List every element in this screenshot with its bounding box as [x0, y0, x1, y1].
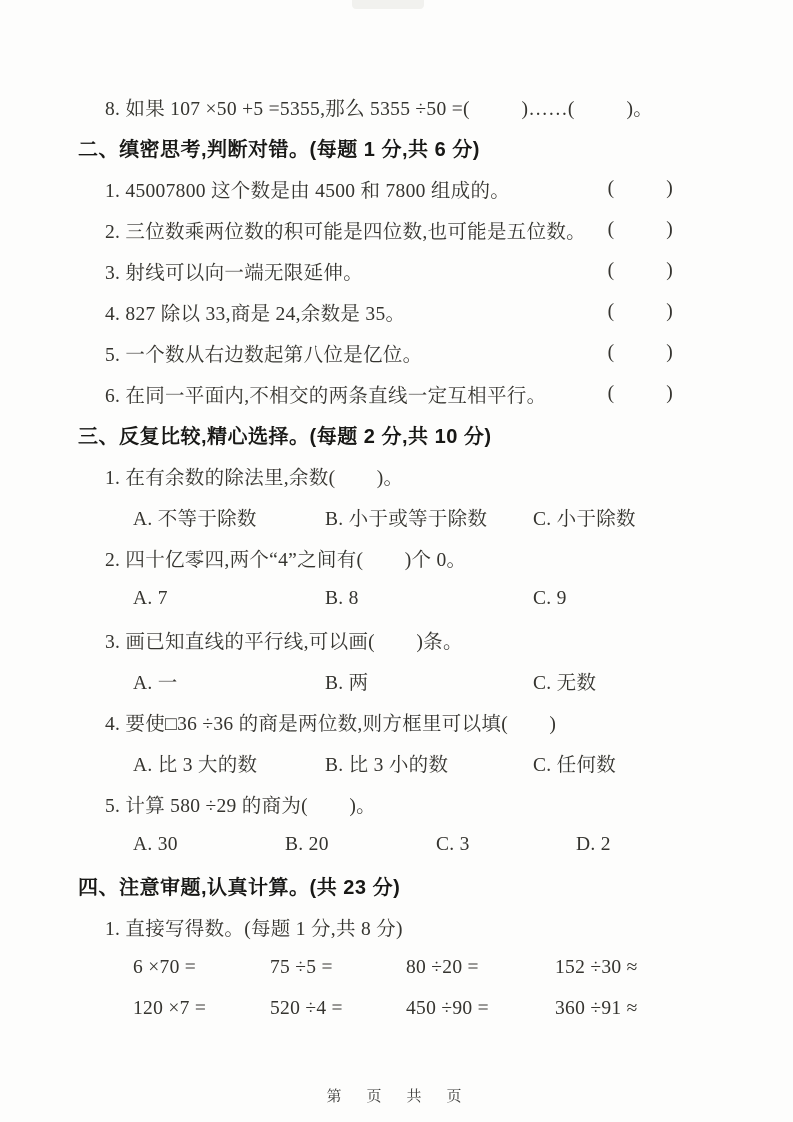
section-4-header: 四、注意审题,认真计算。(共 23 分) — [78, 865, 703, 906]
section-3-header: 三、反复比较,精心选择。(每题 2 分,共 10 分) — [78, 414, 703, 455]
option-c: C. 9 — [533, 588, 703, 610]
page-footer-text: 第 页 共 页 — [326, 1088, 466, 1105]
exam-content: 8. 如果 107 ×50 +5 =5355,那么 5355 ÷50 =( )…… — [0, 0, 793, 1029]
mcq-question-1: 1. 在有余数的除法里,余数( )。 — [78, 455, 703, 496]
option-c: C. 小于除数 — [533, 503, 703, 531]
mcq-question-2: 2. 四十亿零四,两个“4”之间有( )个 0。 — [78, 537, 703, 578]
option-b: B. 小于或等于除数 — [325, 503, 533, 531]
section-3-title: 三、反复比较,精心选择。(每题 2 分,共 10 分) — [78, 420, 492, 449]
judgment-item-2: 2. 三位数乘两位数的积可能是四位数,也可能是五位数。 ( ) — [78, 209, 703, 250]
calc-expression: 75 ÷5 = — [270, 957, 406, 979]
option-a: A. 不等于除数 — [133, 503, 325, 531]
option-b: B. 比 3 小的数 — [325, 749, 533, 777]
answer-blank: ( ) — [608, 178, 673, 200]
calc-row-2: 120 ×7 = 520 ÷4 = 450 ÷90 = 360 ÷91 ≈ — [133, 988, 703, 1029]
judgment-item-4: 4. 827 除以 33,商是 24,余数是 35。 ( ) — [78, 291, 703, 332]
calc-row-1: 6 ×70 = 75 ÷5 = 80 ÷20 = 152 ÷30 ≈ — [133, 947, 703, 988]
option-a: A. 比 3 大的数 — [133, 749, 325, 777]
mcq-question-5-text: 5. 计算 580 ÷29 的商为( )。 — [105, 790, 376, 818]
calc-expression: 450 ÷90 = — [406, 998, 555, 1020]
mcq-question-5: 5. 计算 580 ÷29 的商为( )。 — [78, 783, 703, 824]
option-d: D. 2 — [576, 834, 703, 856]
judgment-item-5-text: 5. 一个数从右边数起第八位是亿位。 — [105, 339, 422, 367]
section-4-title: 四、注意审题,认真计算。(共 23 分) — [78, 871, 400, 900]
judgment-item-6: 6. 在同一平面内,不相交的两条直线一定互相平行。 ( ) — [78, 373, 703, 414]
judgment-item-1-text: 1. 45007800 这个数是由 4500 和 7800 组成的。 — [105, 175, 510, 203]
mcq-options-5: A. 30 B. 20 C. 3 D. 2 — [133, 824, 703, 865]
option-a: A. 7 — [133, 588, 325, 610]
mcq-options-4: A. 比 3 大的数 B. 比 3 小的数 C. 任何数 — [133, 742, 703, 783]
answer-blank: ( ) — [608, 383, 673, 405]
judgment-item-4-text: 4. 827 除以 33,商是 24,余数是 35。 — [105, 298, 405, 326]
option-c: C. 3 — [436, 834, 576, 856]
judgment-item-6-text: 6. 在同一平面内,不相交的两条直线一定互相平行。 — [105, 380, 546, 408]
mcq-options-3: A. 一 B. 两 C. 无数 — [133, 660, 703, 701]
mcq-options-1: A. 不等于除数 B. 小于或等于除数 C. 小于除数 — [133, 496, 703, 537]
judgment-item-2-text: 2. 三位数乘两位数的积可能是四位数,也可能是五位数。 — [105, 216, 586, 244]
section-2-header: 二、缜密思考,判断对错。(每题 1 分,共 6 分) — [78, 127, 703, 168]
mcq-question-3-text: 3. 画已知直线的平行线,可以画( )条。 — [105, 626, 463, 654]
option-a: A. 一 — [133, 667, 325, 695]
calc-expression: 152 ÷30 ≈ — [555, 957, 703, 979]
section-4-subheader: 1. 直接写得数。(每题 1 分,共 8 分) — [78, 906, 703, 947]
option-c: C. 无数 — [533, 667, 703, 695]
option-a: A. 30 — [133, 834, 285, 856]
answer-blank: ( ) — [608, 342, 673, 364]
exam-page: 8. 如果 107 ×50 +5 =5355,那么 5355 ÷50 =( )…… — [0, 0, 793, 1122]
answer-blank: ( ) — [608, 260, 673, 282]
calc-expression: 120 ×7 = — [133, 998, 270, 1020]
calc-expression: 80 ÷20 = — [406, 957, 555, 979]
option-b: B. 8 — [325, 588, 533, 610]
judgment-item-1: 1. 45007800 这个数是由 4500 和 7800 组成的。 ( ) — [78, 168, 703, 209]
scan-artifact — [352, 0, 424, 9]
judgment-item-3: 3. 射线可以向一端无限延伸。 ( ) — [78, 250, 703, 291]
judgment-item-3-text: 3. 射线可以向一端无限延伸。 — [105, 257, 363, 285]
option-b: B. 20 — [285, 834, 436, 856]
mcq-question-1-text: 1. 在有余数的除法里,余数( )。 — [105, 462, 403, 490]
answer-blank: ( ) — [608, 301, 673, 323]
calc-expression: 6 ×70 = — [133, 957, 270, 979]
option-c: C. 任何数 — [533, 749, 703, 777]
calc-expression: 360 ÷91 ≈ — [555, 998, 703, 1020]
mcq-question-4-text: 4. 要使□36 ÷36 的商是两位数,则方框里可以填( ) — [105, 708, 556, 736]
option-b: B. 两 — [325, 667, 533, 695]
question-8: 8. 如果 107 ×50 +5 =5355,那么 5355 ÷50 =( )…… — [78, 86, 703, 127]
mcq-question-4: 4. 要使□36 ÷36 的商是两位数,则方框里可以填( ) — [78, 701, 703, 742]
mcq-options-2: A. 7 B. 8 C. 9 — [133, 578, 703, 619]
judgment-item-5: 5. 一个数从右边数起第八位是亿位。 ( ) — [78, 332, 703, 373]
calc-expression: 520 ÷4 = — [270, 998, 406, 1020]
page-footer: 第 页 共 页 — [0, 1085, 793, 1106]
mcq-question-2-text: 2. 四十亿零四,两个“4”之间有( )个 0。 — [105, 544, 466, 572]
question-8-text: 8. 如果 107 ×50 +5 =5355,那么 5355 ÷50 =( )…… — [105, 93, 653, 121]
mcq-question-3: 3. 画已知直线的平行线,可以画( )条。 — [78, 619, 703, 660]
section-2-title: 二、缜密思考,判断对错。(每题 1 分,共 6 分) — [78, 133, 480, 162]
section-4-sub-text: 1. 直接写得数。(每题 1 分,共 8 分) — [105, 913, 403, 941]
answer-blank: ( ) — [608, 219, 673, 241]
